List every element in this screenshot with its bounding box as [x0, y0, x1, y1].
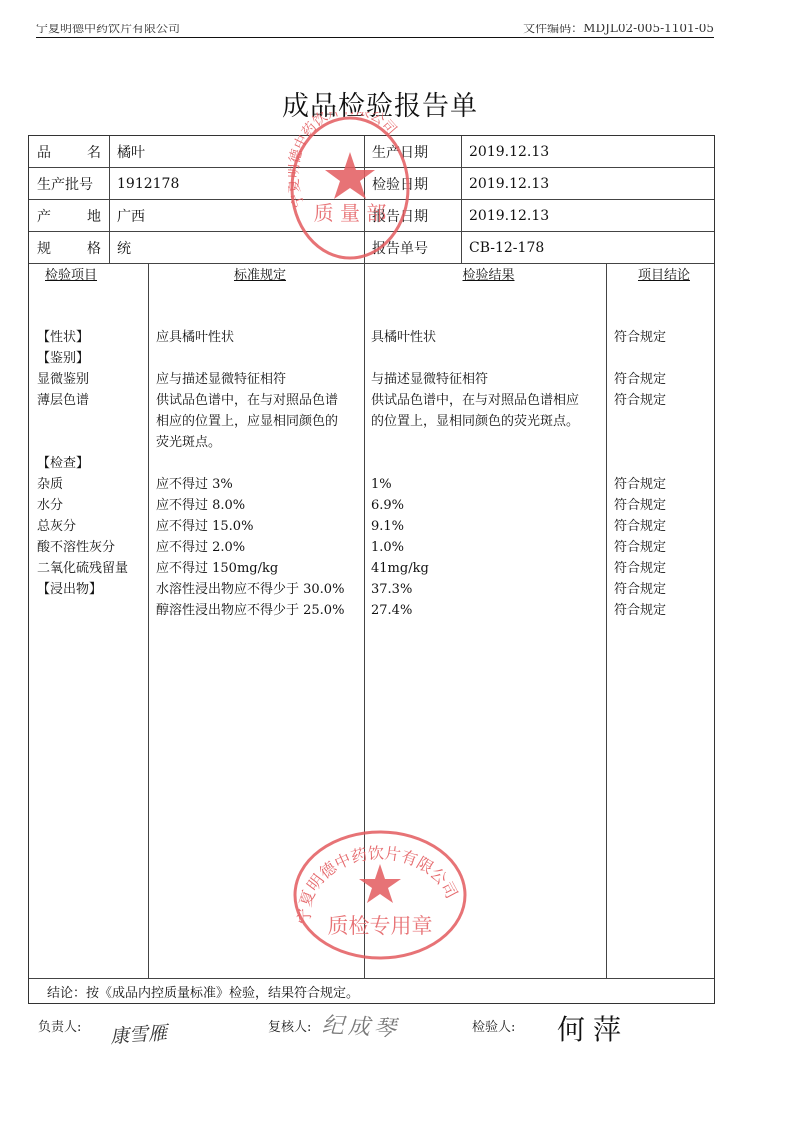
origin-value: 广西 — [109, 200, 145, 231]
page-title: 成品检验报告单 — [0, 84, 760, 123]
conclusion-cell — [614, 453, 714, 474]
standard-cell: 应与描述显微特征相符 — [156, 369, 364, 390]
info-label: 产地 — [29, 200, 109, 231]
conclusion-cell: 符合规定 — [614, 495, 714, 516]
item-cell: 二氧化硫残留量 — [37, 558, 147, 579]
result-cell — [371, 306, 606, 327]
conclusion-cell — [614, 306, 714, 327]
production-date-value: 2019.12.13 — [461, 136, 549, 167]
item-cell: 【性状】 — [37, 327, 147, 348]
item-cell: 【鉴别】 — [37, 348, 147, 369]
info-label: 品名 — [29, 136, 109, 167]
info-label: 检验日期 — [364, 168, 428, 199]
info-row: 生产批号 1912178 检验日期 2019.12.13 — [29, 168, 714, 200]
info-label: 报告单号 — [364, 232, 428, 263]
standard-cell: 应具橘叶性状 — [156, 327, 364, 348]
info-row: 产地 广西 报告日期 2019.12.13 — [29, 200, 714, 232]
result-cell: 供试品色谱中，在与对照品色谱相应 — [371, 390, 606, 411]
column-standard: 标准规定 应具橘叶性状应与描述显微特征相符供试品色谱中，在与对照品色谱相应的位置… — [156, 264, 364, 978]
column-header-conclusion: 项目结论 — [614, 265, 714, 286]
conclusion-cell: 符合规定 — [614, 537, 714, 558]
item-cell: 水分 — [37, 495, 147, 516]
item-cell — [37, 600, 147, 621]
result-cell: 6.9% — [371, 495, 606, 516]
inspection-date-value: 2019.12.13 — [461, 168, 549, 199]
info-label: 生产日期 — [364, 136, 428, 167]
result-cell: 27.4% — [371, 600, 606, 621]
standard-cell: 供试品色谱中，在与对照品色谱 — [156, 390, 364, 411]
report-date-value: 2019.12.13 — [461, 200, 549, 231]
item-cell: 薄层色谱 — [37, 390, 147, 411]
company-name: 宁夏明德中药饮片有限公司 — [36, 24, 180, 35]
item-cell — [37, 306, 147, 327]
standard-cell: 荧光斑点。 — [156, 432, 364, 453]
standard-cell: 水溶性浸出物应不得少于 30.0% — [156, 579, 364, 600]
standard-cell: 应不得过 3% — [156, 474, 364, 495]
item-cell: 【浸出物】 — [37, 579, 147, 600]
result-cell — [371, 453, 606, 474]
conclusion-cell — [614, 411, 714, 432]
item-cell: 总灰分 — [37, 516, 147, 537]
column-result: 检验结果 具橘叶性状与描述显微特征相符供试品色谱中，在与对照品色谱相应的位置上，… — [371, 264, 606, 978]
standard-cell: 醇溶性浸出物应不得少于 25.0% — [156, 600, 364, 621]
result-cell: 具橘叶性状 — [371, 327, 606, 348]
standard-cell: 应不得过 2.0% — [156, 537, 364, 558]
standard-cell — [156, 453, 364, 474]
test-results-area: 检验项目 【性状】【鉴别】显微鉴别薄层色谱【检查】杂质水分总灰分酸不溶性灰分二氧… — [29, 264, 714, 979]
conclusion-cell: 符合规定 — [614, 558, 714, 579]
result-cell: 41mg/kg — [371, 558, 606, 579]
reviewer-label: 复核人: — [268, 1016, 311, 1035]
standard-cell — [156, 348, 364, 369]
final-conclusion: 结论：按《成品内控质量标准》检验，结果符合规定。 — [29, 979, 714, 1004]
result-cell: 1.0% — [371, 537, 606, 558]
result-cell: 37.3% — [371, 579, 606, 600]
result-cell — [371, 348, 606, 369]
result-cell: 的位置上，显相同颜色的荧光斑点。 — [371, 411, 606, 432]
item-cell: 【检查】 — [37, 453, 147, 474]
info-row: 品名 橘叶 生产日期 2019.12.13 — [29, 136, 714, 168]
item-cell: 显微鉴别 — [37, 369, 147, 390]
conclusion-cell: 符合规定 — [614, 516, 714, 537]
conclusion-cell: 符合规定 — [614, 579, 714, 600]
result-cell: 9.1% — [371, 516, 606, 537]
item-cell: 杂质 — [37, 474, 147, 495]
conclusion-cell: 符合规定 — [614, 327, 714, 348]
conclusion-cell — [614, 348, 714, 369]
result-cell — [371, 432, 606, 453]
info-label: 生产批号 — [29, 168, 93, 199]
conclusion-cell: 符合规定 — [614, 474, 714, 495]
standard-cell — [156, 306, 364, 327]
info-label: 报告日期 — [364, 200, 428, 231]
conclusion-cell: 符合规定 — [614, 390, 714, 411]
inspector-label: 检验人: — [472, 1016, 515, 1035]
column-header-result: 检验结果 — [371, 265, 606, 286]
inspector-signature: 何萍 — [557, 1008, 629, 1048]
item-cell — [37, 411, 147, 432]
responsible-signature: 康雪雁 — [109, 1018, 168, 1049]
item-cell: 酸不溶性灰分 — [37, 537, 147, 558]
item-cell — [37, 432, 147, 453]
conclusion-cell — [614, 432, 714, 453]
info-label: 规格 — [29, 232, 109, 263]
report-number-value: CB-12-178 — [461, 232, 544, 263]
responsible-label: 负责人: — [38, 1016, 81, 1035]
report-table: 品名 橘叶 生产日期 2019.12.13 生产批号 1912178 检验日期 … — [28, 135, 715, 1004]
standard-cell: 应不得过 15.0% — [156, 516, 364, 537]
standard-cell: 应不得过 150mg/kg — [156, 558, 364, 579]
conclusion-cell: 符合规定 — [614, 600, 714, 621]
spec-value: 统 — [109, 232, 131, 263]
column-conclusion: 项目结论 符合规定符合规定符合规定符合规定符合规定符合规定符合规定符合规定符合规… — [614, 264, 714, 978]
reviewer-signature: 纪成琴 — [321, 1008, 401, 1043]
info-row: 规格 统 报告单号 CB-12-178 — [29, 232, 714, 264]
column-header-item: 检验项目 — [37, 265, 147, 286]
column-header-standard: 标准规定 — [156, 265, 364, 286]
standard-cell: 应不得过 8.0% — [156, 495, 364, 516]
standard-cell: 相应的位置上，应显相同颜色的 — [156, 411, 364, 432]
document-number: 文件编码：MDJL02-005-1101-05 — [523, 24, 714, 35]
product-name-value: 橘叶 — [109, 136, 145, 167]
conclusion-cell: 符合规定 — [614, 369, 714, 390]
result-cell: 1% — [371, 474, 606, 495]
column-item: 检验项目 【性状】【鉴别】显微鉴别薄层色谱【检查】杂质水分总灰分酸不溶性灰分二氧… — [37, 264, 147, 978]
result-cell: 与描述显微特征相符 — [371, 369, 606, 390]
batch-number-value: 1912178 — [109, 168, 179, 199]
page-header: 宁夏明德中药饮片有限公司 文件编码：MDJL02-005-1101-05 — [36, 24, 714, 38]
